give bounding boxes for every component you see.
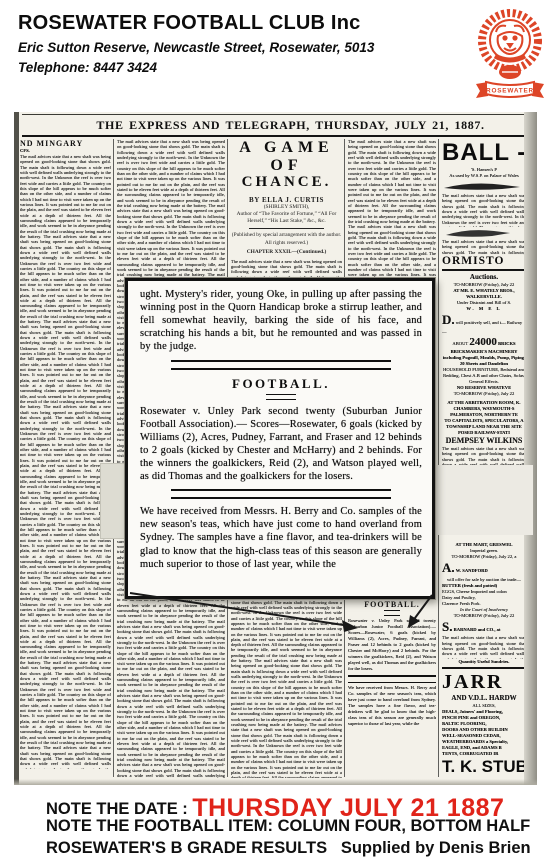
club-telephone: Telephone: 8447 3424 (18, 60, 157, 75)
annotation-arrows (14, 112, 537, 785)
bulldog-crest-icon: ROSEWATER (468, 4, 552, 104)
arrow-icon (130, 593, 358, 632)
newspaper-scan: THE EXPRESS AND TELEGRAPH, THURSDAY, JUL… (14, 112, 537, 785)
ribbon-text: ROSEWATER (486, 88, 534, 95)
letter-page: ROSEWATER FOOTBALL CLUB Inc Eric Sutton … (0, 0, 560, 859)
ribbon-banner: ROSEWATER (476, 82, 544, 98)
note-supplied-by: Supplied by Denis Brien (327, 839, 531, 857)
note-date-label: NOTE THE DATE : (46, 800, 192, 818)
arrow-icon (408, 595, 432, 628)
note-item-line: NOTE THE FOOTBALL ITEM: COLUMN FOUR, BOT… (46, 817, 530, 836)
club-address: Eric Sutton Reserve, Newcastle Street, R… (18, 40, 374, 55)
note-results-line: ROSEWATER'S B GRADE RESULTS Supplied by … (46, 839, 531, 858)
note-results: ROSEWATER'S B GRADE RESULTS (46, 839, 327, 857)
club-crest-logo: ROSEWATER (468, 4, 552, 104)
club-name: ROSEWATER FOOTBALL CLUB Inc (18, 12, 360, 35)
